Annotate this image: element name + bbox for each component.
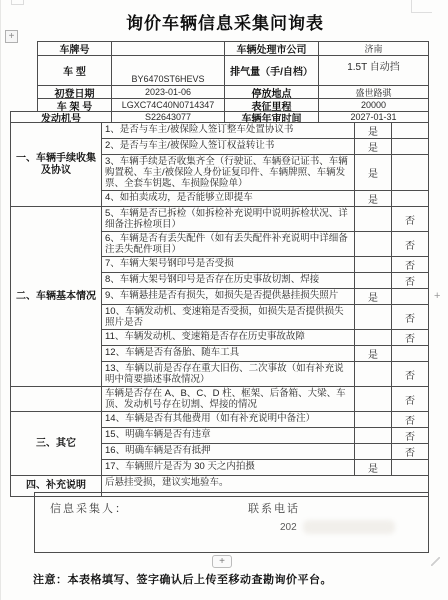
question-row: 10、车辆发动机、变速箱是否受损，如损失是否提供损失照片是否 否 bbox=[102, 304, 428, 329]
answer-yes-cell bbox=[355, 305, 392, 329]
question-row: 12、车辆是否有备胎、随车工具 是 bbox=[102, 345, 428, 361]
answer-yes-cell bbox=[355, 362, 392, 386]
question-row: 14、车辆是否有其他费用（如有补充说明中备注） 否 bbox=[102, 412, 428, 427]
answer-yes-cell: 是 bbox=[355, 139, 392, 154]
footnote: 注意：本表格填写、签字确认后上传至移动查勘询价平台。 bbox=[33, 571, 332, 587]
question-row: 3、车辆手续是否收集齐全（行驶证、车辆登记证书、车辆购置税、车主/被保险人身份证… bbox=[102, 154, 428, 190]
question-cell: 9、车辆悬挂是否有损失，如损失是否提供悬挂损失照片 bbox=[102, 289, 355, 304]
mileage-value: 20000 bbox=[318, 98, 429, 111]
header-spacer bbox=[10, 55, 37, 85]
question-cell: 14、车辆是否有其他费用（如有补充说明中备注） bbox=[102, 412, 355, 427]
question-cell: 17、车辆照片是否为 30 天之内拍摄 bbox=[102, 460, 355, 475]
answer-yes-cell bbox=[355, 330, 392, 345]
question-cell: 3、车辆手续是否收集齐全（行驶证、车辆登记证书、车辆购置税、车主/被保险人身份证… bbox=[102, 155, 355, 190]
answer-yes-cell bbox=[355, 257, 392, 272]
question-cell: 1、是否与车主/被保险人签订整车处置协议书 bbox=[102, 123, 355, 138]
answer-no-cell bbox=[392, 289, 428, 304]
question-cell: 5、车辆是否已拆检（如拆检补充说明中说明拆检状况、详细备注拆检项目） bbox=[102, 207, 355, 231]
question-cell: 16、明确车辆是否有抵押 bbox=[102, 444, 355, 459]
question-cell: 6、车辆是否有丢失配件（如有丢失配件补充说明中详细备注丢失配件项目） bbox=[102, 232, 355, 256]
question-cell: 12、车辆是否有备胎、随车工具 bbox=[102, 346, 355, 361]
plate-number-label: 车牌号 bbox=[37, 41, 111, 55]
collector-info-box: 信息采集人： 联系电话 202 bbox=[34, 492, 429, 553]
answer-yes-cell: 是 bbox=[355, 289, 392, 304]
document-page: + 询价车辆信息采集问询表 车牌号 车辆处理市公司 济南 车 型 BY6470S… bbox=[0, 0, 448, 600]
answer-no-cell: 否 bbox=[392, 305, 428, 329]
question-cell: 11、车辆发动机、变速箱是否存在历史事故故障 bbox=[102, 330, 355, 345]
answer-no-cell: 否 bbox=[392, 257, 428, 272]
model-value: BY6470ST6HEVS bbox=[111, 55, 224, 85]
plate-number-value bbox=[111, 41, 224, 55]
questionnaire-table: 一、车辆手续收集及协议 1、是否与车主/被保险人签订整车处置协议书 是 2、是否… bbox=[10, 123, 429, 497]
answer-no-cell: 否 bbox=[392, 428, 428, 443]
header-spacer bbox=[10, 41, 37, 55]
answer-no-cell: 否 bbox=[392, 362, 428, 386]
insert-row-button[interactable]: + bbox=[212, 555, 232, 568]
question-cell: 7、车辆大架号钢印号是否受损 bbox=[102, 257, 355, 272]
annual-inspection-label: 车辆年审时间 bbox=[224, 111, 318, 123]
answer-no-cell bbox=[392, 191, 428, 206]
question-row: 4、如拍卖成功，是否能够立即提车 是 bbox=[102, 190, 428, 206]
question-row: 13、车辆以前是否存在重大旧伤、二次事故（如有补充说明中简要描述事故情况） 否 bbox=[102, 361, 428, 386]
answer-no-cell bbox=[392, 460, 428, 475]
header-spacer bbox=[10, 85, 37, 98]
section-pillar-check: 车辆是否存在 A、B、C、D 柱、框架、后备箱、大梁、车顶、发动机号存在切割、焊… bbox=[11, 386, 428, 411]
collector-label: 信息采集人： bbox=[50, 500, 128, 516]
header-spacer bbox=[10, 98, 37, 111]
city-company-value: 济南 bbox=[318, 41, 429, 55]
answer-yes-cell: 是 bbox=[355, 123, 392, 138]
vin-value: LGXC74C40N0714347 bbox=[111, 98, 224, 111]
answer-yes-cell bbox=[355, 428, 392, 443]
answer-yes-cell: 是 bbox=[355, 346, 392, 361]
table-resize-handle[interactable] bbox=[431, 557, 440, 566]
question-row: 1、是否与车主/被保险人签订整车处置协议书 是 bbox=[102, 123, 428, 138]
question-cell: 10、车辆发动机、变速箱是否受损，如损失是否提供损失照片是否 bbox=[102, 305, 355, 329]
first-registration-label: 初登日期 bbox=[37, 85, 111, 98]
insert-column-icon[interactable]: + bbox=[434, 290, 440, 302]
question-row: 9、车辆悬挂是否有损失，如损失是否提供悬挂损失照片 是 bbox=[102, 288, 428, 304]
answer-yes-cell: 是 bbox=[355, 155, 392, 190]
question-cell: 4、如拍卖成功，是否能够立即提车 bbox=[102, 191, 355, 206]
phone-value: 202 bbox=[280, 522, 297, 533]
answer-yes-cell: 是 bbox=[355, 191, 392, 206]
engine-number-value: S22643077 bbox=[111, 111, 224, 123]
displacement-value: 1.5T 自动挡 bbox=[318, 55, 429, 85]
answer-no-cell: 否 bbox=[392, 387, 428, 411]
question-row: 5、车辆是否已拆检（如拆检补充说明中说明拆检状况、详细备注拆检项目） 否 bbox=[102, 207, 428, 231]
question-row: 11、车辆发动机、变速箱是否存在历史事故故障 否 bbox=[102, 329, 428, 345]
annual-inspection-value: 2027-01-31 bbox=[318, 111, 429, 123]
phone-label: 联系电话 bbox=[248, 500, 300, 516]
city-company-label: 车辆处理市公司 bbox=[224, 41, 318, 55]
question-cell: 车辆是否存在 A、B、C、D 柱、框架、后备箱、大梁、车顶、发动机号存在切割、焊… bbox=[102, 387, 355, 411]
answer-no-cell bbox=[392, 155, 428, 190]
answer-no-cell bbox=[392, 346, 428, 361]
question-row: 7、车辆大架号钢印号是否受损 否 bbox=[102, 256, 428, 272]
engine-number-label: 发动机号 bbox=[10, 111, 111, 123]
question-row: 8、车辆大架号钢印号是否存在历史事故切割、焊接 否 bbox=[102, 272, 428, 288]
parking-location-label: 停放地点 bbox=[224, 85, 318, 98]
section-label: 一、车辆手续收集及协议 bbox=[11, 123, 102, 206]
page-corner-mark bbox=[11, 0, 24, 5]
answer-yes-cell: 是 bbox=[355, 460, 392, 475]
question-cell: 8、车辆大架号钢印号是否存在历史事故切割、焊接 bbox=[102, 273, 355, 288]
answer-yes-cell bbox=[355, 444, 392, 459]
answer-yes-cell bbox=[355, 232, 392, 256]
section-label bbox=[11, 387, 102, 411]
question-row: 15、明确车辆是否有违章 否 bbox=[102, 427, 428, 443]
answer-no-cell: 否 bbox=[392, 330, 428, 345]
answer-no-cell: 否 bbox=[392, 207, 428, 231]
answer-no-cell: 否 bbox=[392, 232, 428, 256]
question-row: 16、明确车辆是否有抵押 否 bbox=[102, 443, 428, 459]
answer-yes-cell bbox=[355, 207, 392, 231]
mileage-label: 表征里程 bbox=[224, 98, 318, 111]
section-label: 二、车辆基本情况 bbox=[11, 207, 102, 386]
section-vehicle-condition: 二、车辆基本情况 5、车辆是否已拆检（如拆检补充说明中说明拆检状况、详细备注拆检… bbox=[11, 206, 428, 386]
answer-no-cell: 否 bbox=[392, 444, 428, 459]
answer-yes-cell bbox=[355, 387, 392, 411]
question-row: 车辆是否存在 A、B、C、D 柱、框架、后备箱、大梁、车顶、发动机号存在切割、焊… bbox=[102, 387, 428, 411]
displacement-label: 排气量（手/自档） bbox=[224, 55, 318, 85]
question-cell: 13、车辆以前是否存在重大旧伤、二次事故（如有补充说明中简要描述事故情况） bbox=[102, 362, 355, 386]
vin-label: 车 架 号 bbox=[37, 98, 111, 111]
parking-location-value: 盛世路骐 bbox=[318, 85, 429, 98]
question-row: 17、车辆照片是否为 30 天之内拍摄 是 bbox=[102, 459, 428, 475]
section-other: 三、其它 14、车辆是否有其他费用（如有补充说明中备注） 否 15、明确车辆是否… bbox=[11, 411, 428, 475]
answer-no-cell: 否 bbox=[392, 273, 428, 288]
page-title: 询价车辆信息采集问询表 bbox=[1, 9, 448, 34]
question-cell: 2、是否与车主/被保险人签订权益转让书 bbox=[102, 139, 355, 154]
question-row: 2、是否与车主/被保险人签订权益转让书 是 bbox=[102, 138, 428, 154]
answer-no-cell bbox=[392, 123, 428, 138]
section-label: 三、其它 bbox=[11, 412, 102, 475]
answer-no-cell bbox=[392, 139, 428, 154]
redacted-phone-smear bbox=[303, 520, 395, 534]
question-row: 6、车辆是否有丢失配件（如有丢失配件补充说明中详细备注丢失配件项目） 否 bbox=[102, 231, 428, 256]
first-registration-value: 2023-01-06 bbox=[111, 85, 224, 98]
answer-no-cell: 否 bbox=[392, 412, 428, 427]
question-cell: 15、明确车辆是否有违章 bbox=[102, 428, 355, 443]
model-label: 车 型 bbox=[37, 55, 111, 85]
vehicle-info-table: 车牌号 车辆处理市公司 济南 车 型 BY6470ST6HEVS 排气量（手/自… bbox=[10, 41, 429, 123]
answer-yes-cell bbox=[355, 273, 392, 288]
answer-yes-cell bbox=[355, 412, 392, 427]
section-procedures: 一、车辆手续收集及协议 1、是否与车主/被保险人签订整车处置协议书 是 2、是否… bbox=[11, 123, 428, 206]
